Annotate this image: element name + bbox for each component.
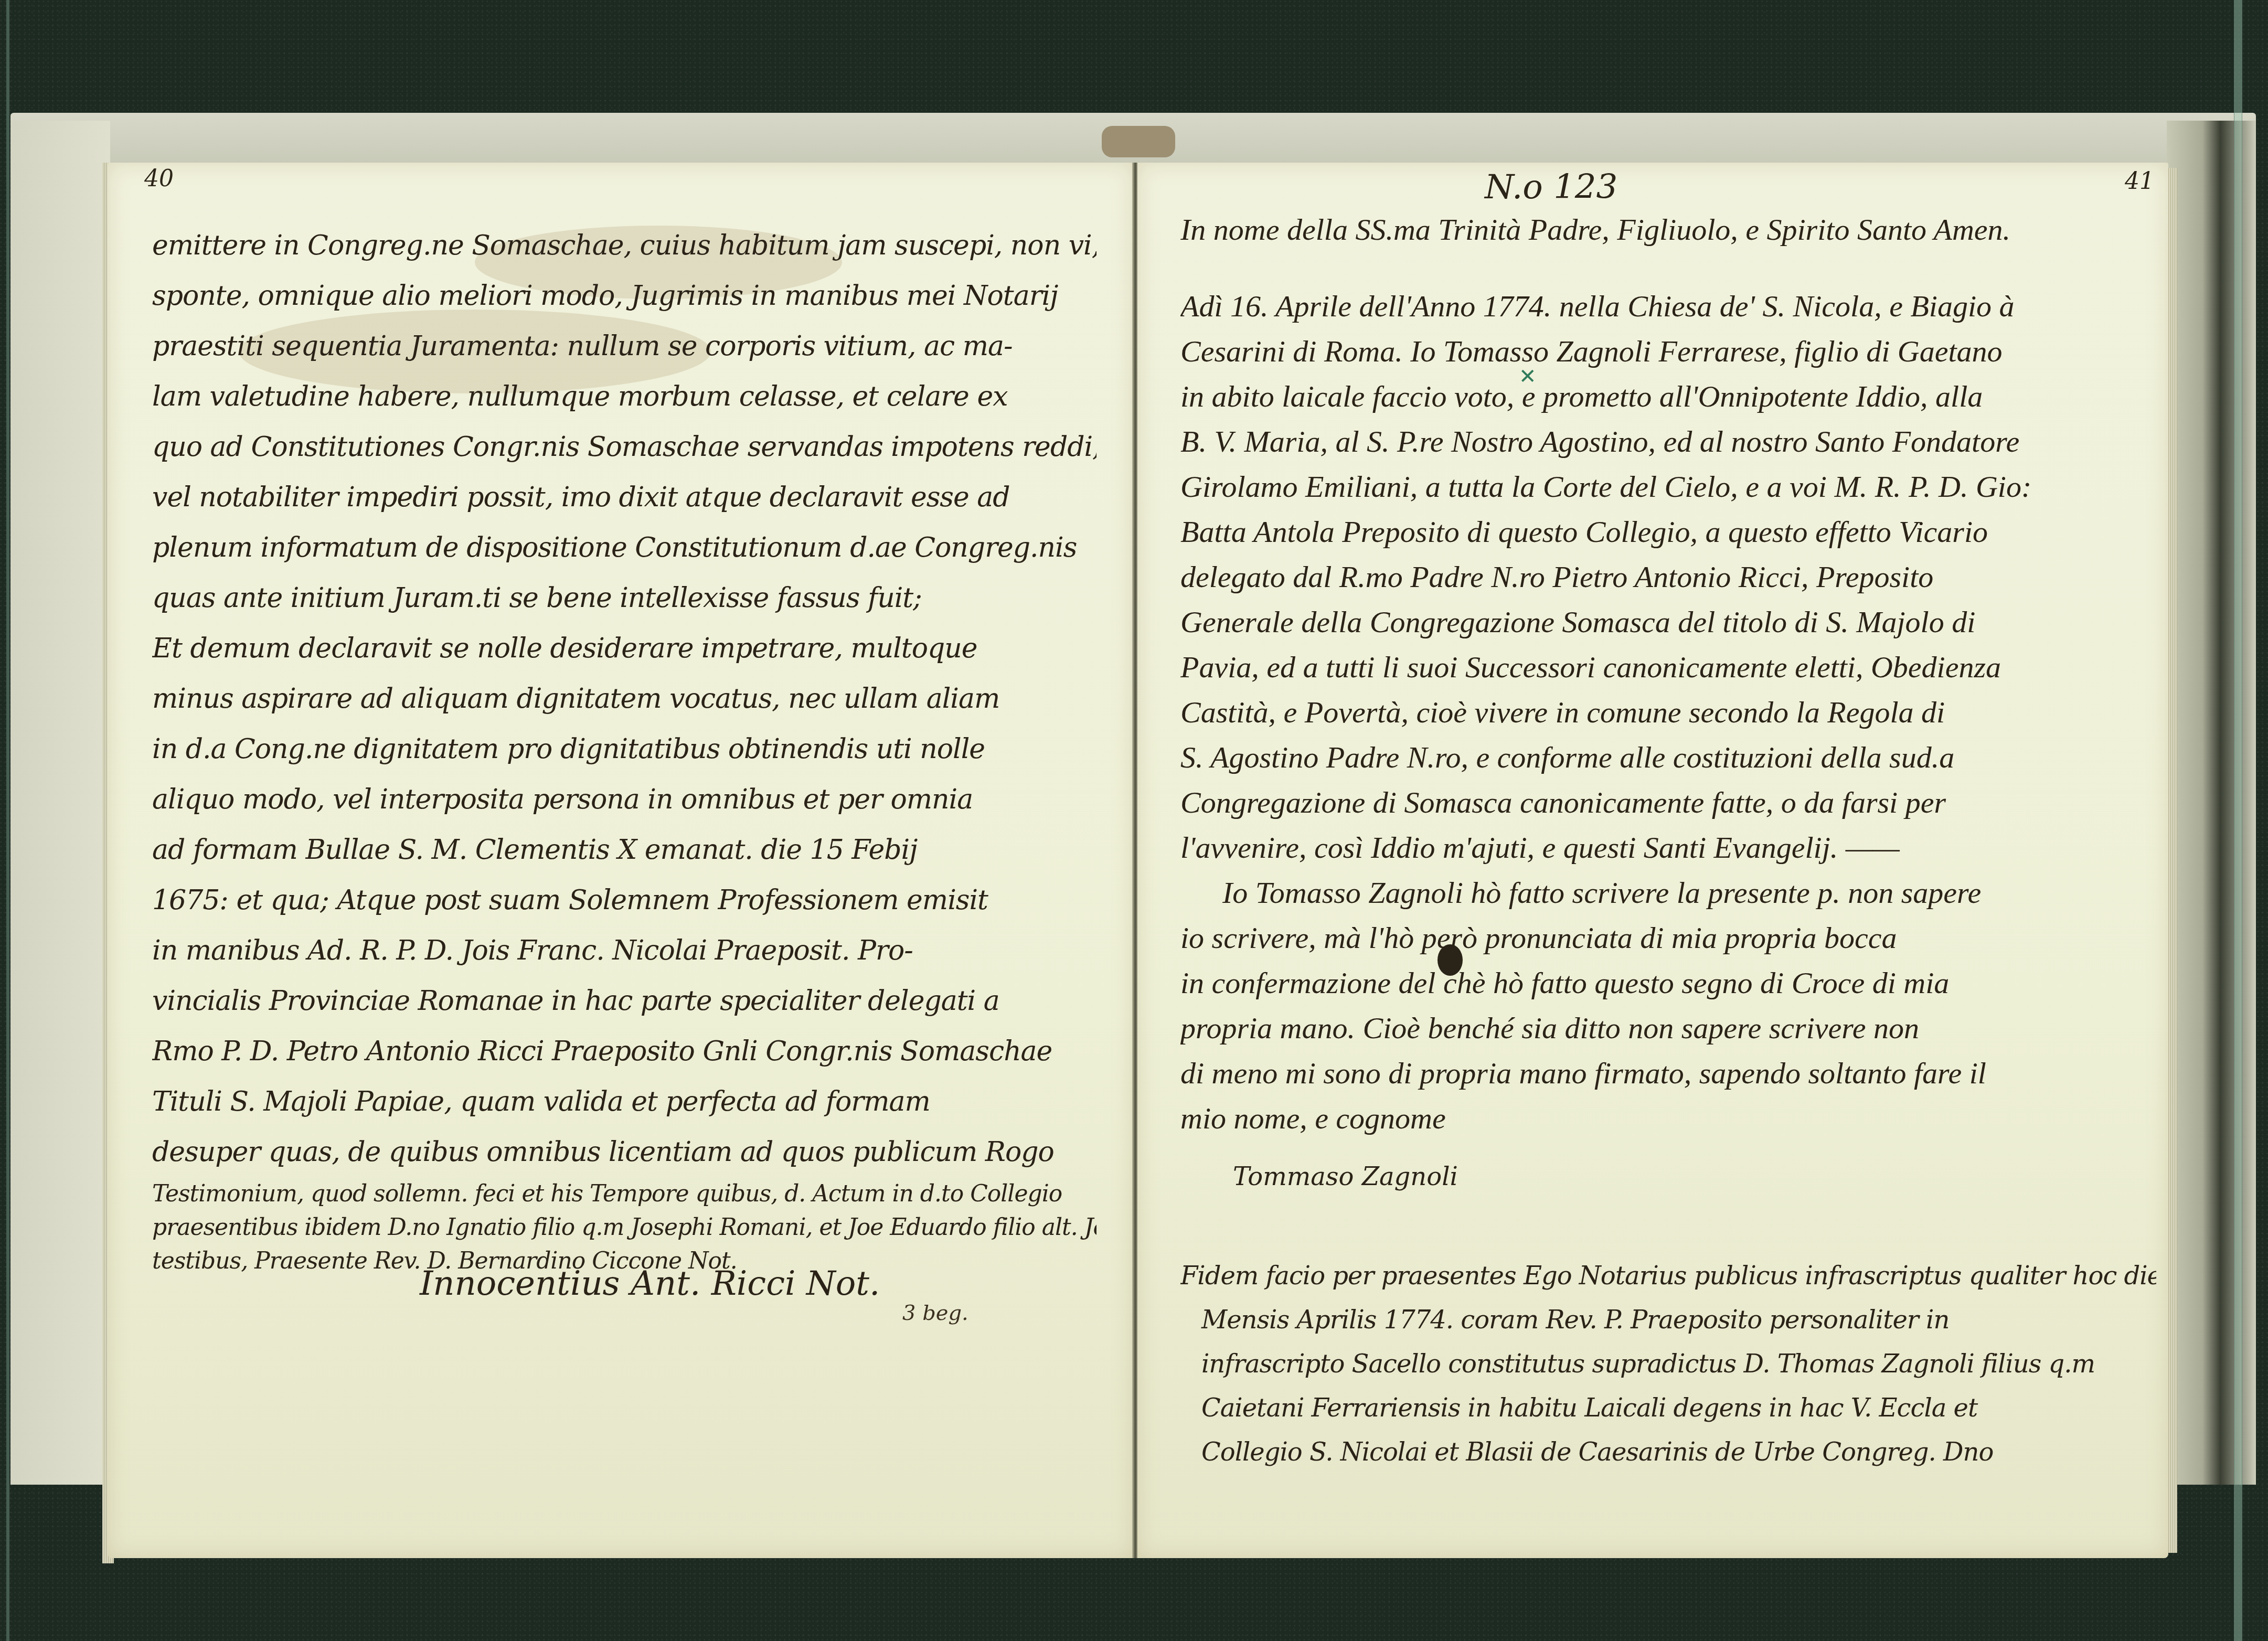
- manuscript-line: in abito laicale faccio voto, e prometto…: [1180, 374, 2156, 419]
- signature-annotation: 3 beg.: [902, 1301, 968, 1325]
- manuscript-line: delegato dal R.mo Padre N.ro Pietro Anto…: [1180, 555, 2156, 600]
- manuscript-line: Generale della Congregazione Somasca del…: [1180, 600, 2156, 645]
- manuscript-line: propria mano. Cioè benché sia ditto non …: [1180, 1006, 2156, 1051]
- manuscript-line: ad formam Bullae S. M. Clementis X emana…: [152, 825, 1096, 875]
- manuscript-line: 1675: et qua; Atque post suam Solemnem P…: [152, 875, 1096, 925]
- manuscript-line: io scrivere, mà l'hò però pronunciata di…: [1180, 915, 2156, 961]
- manuscript-line: praestiti sequentia Juramenta: nullum se…: [152, 321, 1096, 371]
- manuscript-line: B. V. Maria, al S. P.re Nostro Agostino,…: [1180, 419, 2156, 464]
- manuscript-line: desuper quas, de quibus omnibus licentia…: [152, 1127, 1096, 1177]
- folio-number-right: 41: [2125, 168, 2154, 195]
- manuscript-line: minus aspirare ad aliquam dignitatem voc…: [152, 674, 1096, 724]
- manuscript-line: praesentibus ibidem D.no Ignatio filio q…: [152, 1211, 1096, 1244]
- notary-signature-left: Innocentius Ant. Ricci Not.: [420, 1264, 880, 1303]
- left-page-text: emittere in Congreg.ne Somaschae, cuius …: [152, 220, 1096, 1278]
- manuscript-line: Caietani Ferrariensis in habitu Laicali …: [1180, 1386, 2156, 1430]
- manuscript-line: mio nome, e cognome: [1180, 1096, 2156, 1141]
- manuscript-line: Testimonium, quod sollemn. feci et his T…: [152, 1177, 1096, 1211]
- manuscript-line: Mensis Aprilis 1774. coram Rev. P. Praep…: [1180, 1298, 2156, 1342]
- invocation-line: In nome della SS.ma Trinità Padre, Figli…: [1180, 207, 2156, 252]
- manuscript-line: Girolamo Emiliani, a tutta la Corte del …: [1180, 464, 2156, 509]
- manuscript-line: l'avvenire, così Iddio m'ajuti, e questi…: [1180, 825, 2156, 870]
- right-page-text: In nome della SS.ma Trinità Padre, Figli…: [1180, 207, 2156, 1141]
- notary-attestation: Fidem facio per praesentes Ego Notarius …: [1180, 1254, 2156, 1474]
- manuscript-line: Et demum declaravit se nolle desiderare …: [152, 623, 1096, 674]
- signatory-signature: Tommaso Zagnoli: [1233, 1162, 1458, 1191]
- entry-number: N.o 123: [1485, 168, 1617, 207]
- green-x-mark-icon: ✕: [1519, 365, 1537, 389]
- manuscript-line: di meno mi sono di propria mano firmato,…: [1180, 1051, 2156, 1096]
- manuscript-line: aliquo modo, vel interposita persona in …: [152, 774, 1096, 825]
- manuscript-line: Batta Antola Preposito di questo Collegi…: [1180, 509, 2156, 555]
- manuscript-line: Pavia, ed a tutti li suoi Successori can…: [1180, 645, 2156, 690]
- manuscript-line: Adì 16. Aprile dell'Anno 1774. nella Chi…: [1180, 284, 2156, 329]
- manuscript-line: quo ad Constitutiones Congr.nis Somascha…: [152, 422, 1096, 472]
- manuscript-line: Cesarini di Roma. Io Tomasso Zagnoli Fer…: [1180, 329, 2156, 374]
- binding-thread-knot: [1102, 126, 1175, 157]
- manuscript-line: S. Agostino Padre N.ro, e conforme alle …: [1180, 735, 2156, 780]
- manuscript-line: Congregazione di Somasca canonicamente f…: [1180, 780, 2156, 825]
- manuscript-line: emittere in Congreg.ne Somaschae, cuius …: [152, 220, 1096, 271]
- manuscript-line: vel notabiliter impediri possit, imo dix…: [152, 472, 1096, 523]
- manuscript-line: Fidem facio per praesentes Ego Notarius …: [1180, 1254, 2156, 1298]
- manuscript-line: lam valetudine habere, nullumque morbum …: [152, 371, 1096, 422]
- manuscript-line: in manibus Ad. R. P. D. Jois Franc. Nico…: [152, 925, 1096, 976]
- manuscript-line: in d.a Cong.ne dignitatem pro dignitatib…: [152, 724, 1096, 774]
- binding-cover-right-torn: [2167, 121, 2256, 1485]
- manuscript-line: quas ante initium Juram.ti se bene intel…: [152, 573, 1096, 623]
- ink-blot-cross-mark: [1438, 944, 1463, 976]
- manuscript-line: sponte, omnique alio meliori modo, Jugri…: [152, 271, 1096, 321]
- manuscript-line: plenum informatum de dispositione Consti…: [152, 523, 1096, 573]
- glass-plate-edge-right: [2234, 0, 2242, 1641]
- manuscript-line: Tituli S. Majoli Papiae, quam valida et …: [152, 1077, 1096, 1127]
- manuscript-line: vincialis Provinciae Romanae in hac part…: [152, 976, 1096, 1026]
- manuscript-line: Castità, e Povertà, cioè vivere in comun…: [1180, 690, 2156, 735]
- manuscript-line: Collegio S. Nicolai et Blasii de Caesari…: [1180, 1430, 2156, 1474]
- manuscript-line: infrascripto Sacello constitutus supradi…: [1180, 1342, 2156, 1386]
- manuscript-line: Rmo P. D. Petro Antonio Ricci Praeposito…: [152, 1026, 1096, 1077]
- manuscript-line: in confermazione del chè hò fatto questo…: [1180, 961, 2156, 1006]
- glass-plate-edge-left: [6, 0, 9, 1641]
- manuscript-line: Io Tomasso Zagnoli hò fatto scrivere la …: [1180, 870, 2156, 915]
- folio-number-left: 40: [144, 165, 174, 192]
- binding-cover-left: [10, 121, 110, 1485]
